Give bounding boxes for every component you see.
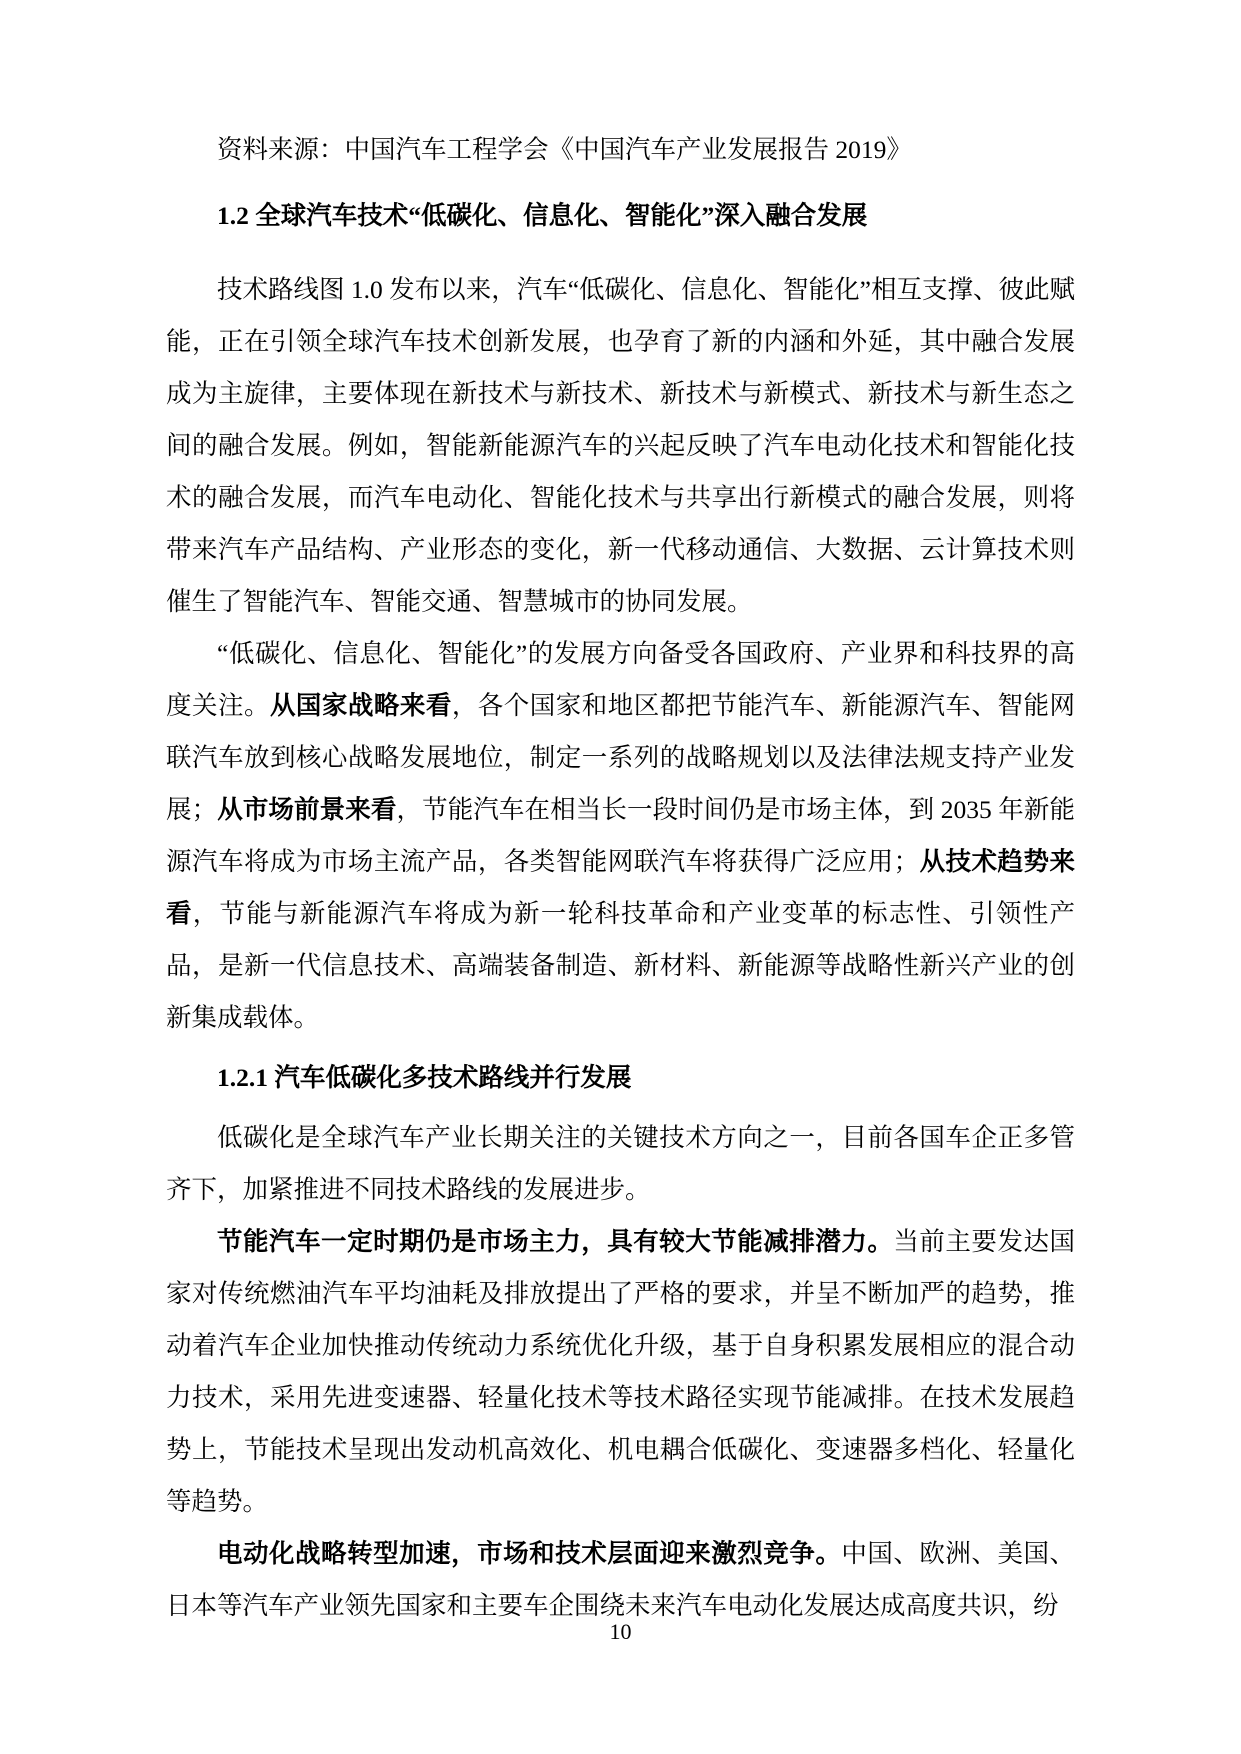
- body-paragraph-1: 技术路线图 1.0 发布以来，汽车“低碳化、信息化、智能化”相互支撑、彼此赋能，…: [166, 264, 1075, 628]
- page-content: 资料来源：中国汽车工程学会《中国汽车产业发展报告 2019》 1.2 全球汽车技…: [166, 124, 1075, 1632]
- body-paragraph-4: 节能汽车一定时期仍是市场主力，具有较大节能减排潜力。当前主要发达国家对传统燃油汽…: [166, 1216, 1075, 1528]
- section-heading-1-2: 1.2 全球汽车技术“低碳化、信息化、智能化”深入融合发展: [166, 190, 1075, 242]
- source-line: 资料来源：中国汽车工程学会《中国汽车产业发展报告 2019》: [166, 124, 1075, 176]
- page-number: 10: [0, 1618, 1241, 1646]
- body-paragraph-2: “低碳化、信息化、智能化”的发展方向备受各国政府、产业界和科技界的高度关注。从国…: [166, 628, 1075, 1044]
- subsection-heading-1-2-1: 1.2.1 汽车低碳化多技术路线并行发展: [166, 1052, 1075, 1104]
- body-paragraph-3: 低碳化是全球汽车产业长期关注的关键技术方向之一，目前各国车企正多管齐下，加紧推进…: [166, 1112, 1075, 1216]
- body-paragraph-5: 电动化战略转型加速，市场和技术层面迎来激烈竞争。中国、欧洲、美国、日本等汽车产业…: [166, 1528, 1075, 1632]
- document-page: 资料来源：中国汽车工程学会《中国汽车产业发展报告 2019》 1.2 全球汽车技…: [0, 0, 1241, 1754]
